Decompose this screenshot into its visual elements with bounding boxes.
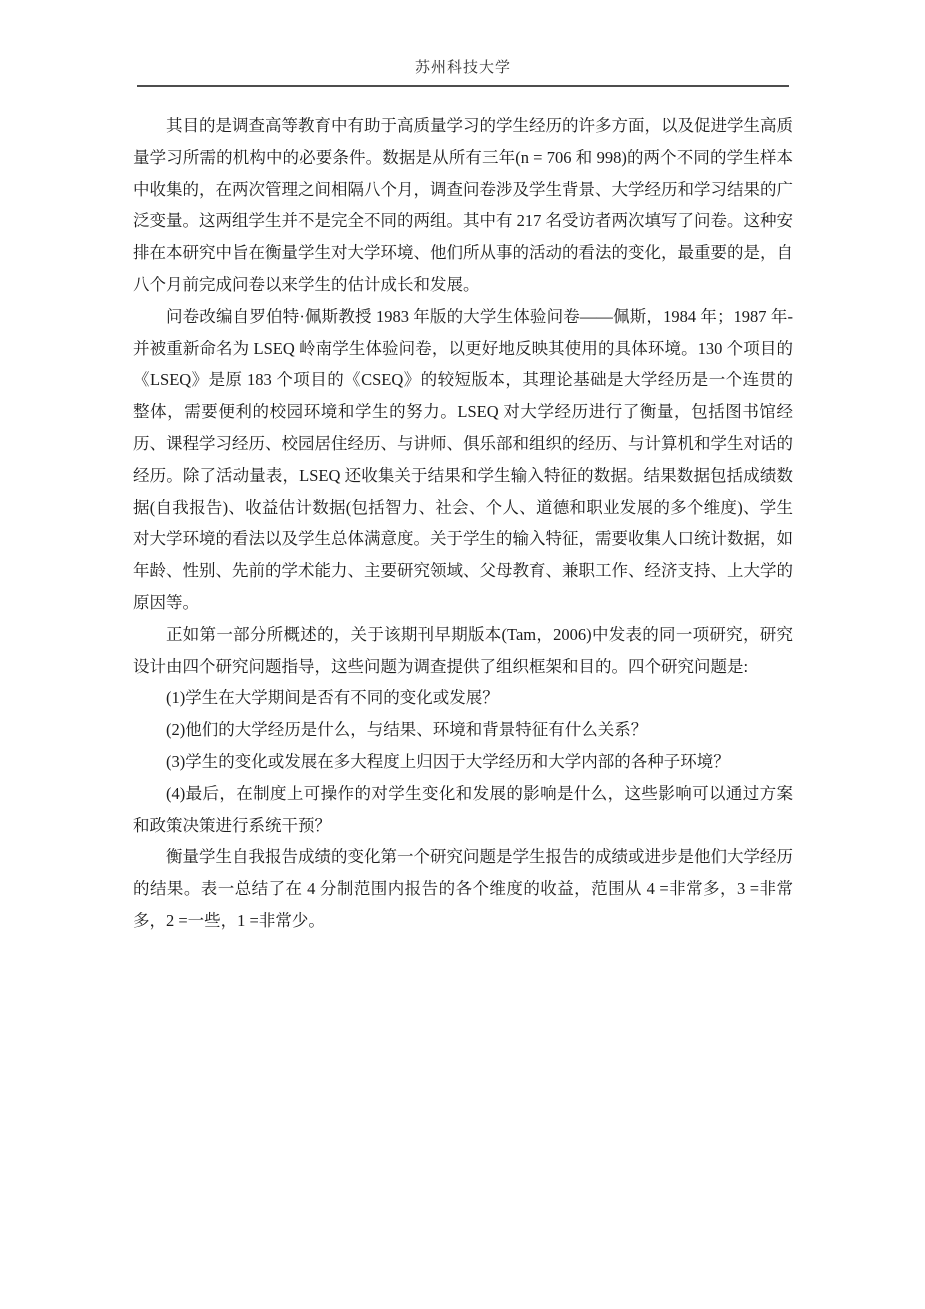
page-header: 苏州科技大学 xyxy=(137,58,789,87)
paragraph-purpose: 其目的是调查高等教育中有助于高质量学习的学生经历的许多方面，以及促进学生高质量学… xyxy=(133,110,793,301)
research-question-3: (3)学生的变化或发展在多大程度上归因于大学经历和大学内部的各种子环境？ xyxy=(133,746,793,778)
paragraph-research-design: 正如第一部分所概述的，关于该期刊早期版本(Tam，2006)中发表的同一项研究，… xyxy=(133,619,793,683)
document-page: 苏州科技大学 其目的是调查高等教育中有助于高质量学习的学生经历的许多方面，以及促… xyxy=(0,0,925,1309)
paragraph-questionnaire-origin: 问卷改编自罗伯特·佩斯教授 1983 年版的大学生体验问卷——佩斯，1984 年… xyxy=(133,301,793,619)
research-question-1: (1)学生在大学期间是否有不同的变化或发展？ xyxy=(133,682,793,714)
paragraph-self-reported-gains: 衡量学生自我报告成绩的变化第一个研究问题是学生报告的成绩或进步是他们大学经历的结… xyxy=(133,841,793,936)
header-school-name: 苏州科技大学 xyxy=(137,58,789,79)
research-question-2: (2)他们的大学经历是什么，与结果、环境和背景特征有什么关系？ xyxy=(133,714,793,746)
research-question-4: (4)最后，在制度上可操作的对学生变化和发展的影响是什么，这些影响可以通过方案和… xyxy=(133,778,793,842)
document-body: 其目的是调查高等教育中有助于高质量学习的学生经历的许多方面，以及促进学生高质量学… xyxy=(133,110,793,937)
